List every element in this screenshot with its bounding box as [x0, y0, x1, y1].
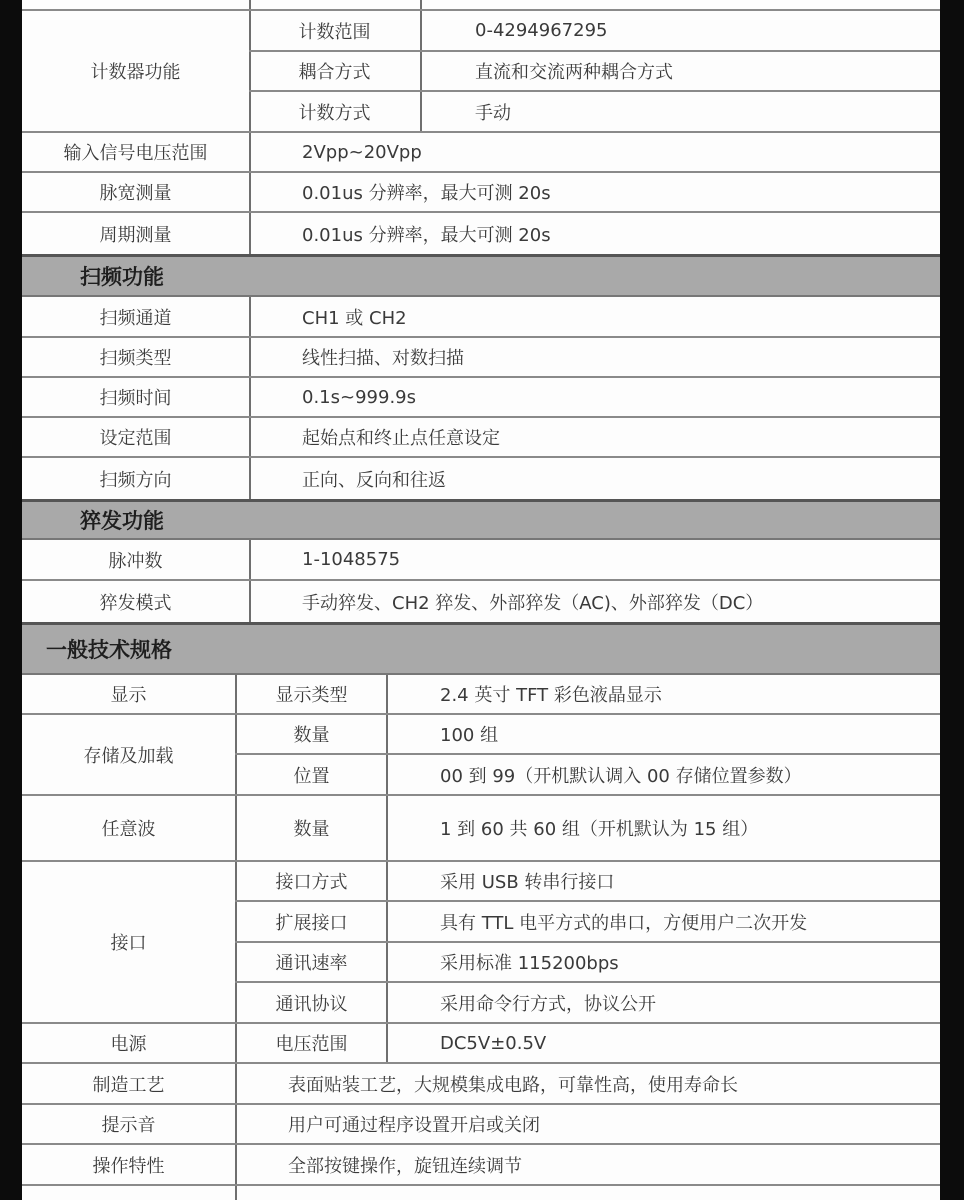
interface-group: 接口 接口方式 采用 USB 转串行接口 扩展接口 具有 TTL 电平方式的串口… [22, 862, 940, 1024]
table-row: 通讯协议 采用命令行方式，协议公开 [235, 983, 940, 1022]
table-row-arbitrary: 任意波 数量 1 到 60 共 60 组（开机默认为 15 组） [22, 796, 940, 862]
field-name: 提示音 [22, 1105, 235, 1143]
table-row-partial-top [22, 0, 940, 11]
group-label: 接口 [22, 862, 235, 1022]
field-value: 0.01us 分辨率，最大可测 20s [302, 173, 551, 211]
field-name: 周期测量 [22, 213, 249, 254]
spec-sheet: 计数器功能 计数范围 0-4294967295 耦合方式 直流和交流两种耦合方式… [22, 0, 940, 1200]
field-name: 扫频方向 [22, 458, 249, 499]
field-name: 计数范围 [249, 11, 420, 50]
table-row: 通讯速率 采用标准 115200bps [235, 943, 940, 983]
field-value: 0-4294967295 [475, 11, 607, 50]
table-row: 提示音 用户可通过程序设置开启或关闭 [22, 1105, 940, 1145]
table-row: 计数范围 0-4294967295 [249, 11, 940, 52]
field-name: 扫频通道 [22, 297, 249, 336]
field-value: 2Vpp~20Vpp [302, 133, 422, 171]
field-value: 表面贴装工艺，大规模集成电路，可靠性高，使用寿命长 [288, 1064, 738, 1103]
table-row: 耦合方式 直流和交流两种耦合方式 [249, 52, 940, 92]
field-value: 正向、反向和往返 [302, 458, 446, 499]
field-value: 0.01us 分辨率，最大可测 20s [302, 213, 551, 254]
field-name: 显示类型 [237, 675, 386, 713]
field-name: 通讯速率 [237, 943, 386, 981]
field-value: 00 到 99（开机默认调入 00 存储位置参数） [440, 755, 802, 794]
storage-group: 存储及加载 数量 100 组 位置 00 到 99（开机默认调入 00 存储位置… [22, 715, 940, 796]
field-name: 操作特性 [22, 1145, 235, 1184]
table-row: 接口方式 采用 USB 转串行接口 [235, 862, 940, 902]
table-row: 扫频方向 正向、反向和往返 [22, 458, 940, 499]
field-value: 0.1s~999.9s [302, 378, 416, 416]
field-value: 手动猝发、CH2 猝发、外部猝发（AC)、外部猝发（DC） [302, 581, 763, 622]
field-name: 通讯协议 [237, 983, 386, 1022]
field-name: 脉宽测量 [22, 173, 249, 211]
table-row: 计数方式 手动 [249, 92, 940, 131]
table-row: 猝发模式 手动猝发、CH2 猝发、外部猝发（AC)、外部猝发（DC） [22, 581, 940, 622]
section-header-burst: 猝发功能 [22, 499, 940, 540]
table-row: 脉宽测量 0.01us 分辨率，最大可测 20s [22, 173, 940, 213]
field-name: 电压范围 [237, 1024, 386, 1062]
field-name: 扫频类型 [22, 338, 249, 376]
field-name: 扩展接口 [237, 902, 386, 941]
field-value: DC5V±0.5V [440, 1024, 546, 1062]
field-value: 1 到 60 共 60 组（开机默认为 15 组） [440, 796, 758, 860]
table-row: 扫频类型 线性扫描、对数扫描 [22, 338, 940, 378]
field-name: 计数方式 [249, 92, 420, 131]
field-value: 2.4 英寸 TFT 彩色液晶显示 [440, 675, 662, 713]
field-name: 扫频时间 [22, 378, 249, 416]
field-value: 线性扫描、对数扫描 [302, 338, 464, 376]
field-value: 采用标准 115200bps [440, 943, 619, 981]
table-row: 扩展接口 具有 TTL 电平方式的串口，方便用户二次开发 [235, 902, 940, 943]
table-row: 扫频时间 0.1s~999.9s [22, 378, 940, 418]
group-label: 任意波 [22, 796, 235, 860]
field-name: 数量 [237, 715, 386, 753]
table-row: 制造工艺 表面贴装工艺，大规模集成电路，可靠性高，使用寿命长 [22, 1064, 940, 1105]
field-name: 设定范围 [22, 418, 249, 456]
section-title: 猝发功能 [80, 505, 164, 535]
table-row: 周期测量 0.01us 分辨率，最大可测 20s [22, 213, 940, 254]
group-label: 电源 [22, 1024, 235, 1062]
field-name: 输入信号电压范围 [22, 133, 249, 171]
section-header-general: 一般技术规格 [22, 622, 940, 675]
field-value: CH1 或 CH2 [302, 297, 407, 336]
field-value: 直流和交流两种耦合方式 [475, 52, 673, 90]
table-row: 脉冲数 1-1048575 [22, 540, 940, 581]
field-value: 起始点和终止点任意设定 [302, 418, 500, 456]
field-name: 位置 [237, 755, 386, 794]
table-row-power: 电源 电压范围 DC5V±0.5V [22, 1024, 940, 1064]
section-title: 一般技术规格 [46, 634, 172, 664]
field-name: 猝发模式 [22, 581, 249, 622]
field-value: 1-1048575 [302, 540, 400, 579]
table-row: 操作特性 全部按键操作，旋钮连续调节 [22, 1145, 940, 1186]
field-name: 制造工艺 [22, 1064, 235, 1103]
table-row-partial-bottom [22, 1186, 940, 1200]
field-value: 采用 USB 转串行接口 [440, 862, 614, 900]
table-row: 输入信号电压范围 2Vpp~20Vpp [22, 133, 940, 173]
field-name: 接口方式 [237, 862, 386, 900]
group-label: 存储及加载 [22, 715, 235, 794]
counter-group: 计数器功能 计数范围 0-4294967295 耦合方式 直流和交流两种耦合方式… [22, 11, 940, 133]
table-row: 扫频通道 CH1 或 CH2 [22, 297, 940, 338]
field-name: 数量 [237, 796, 386, 860]
counter-label: 计数器功能 [22, 11, 249, 131]
field-value: 用户可通过程序设置开启或关闭 [288, 1105, 540, 1143]
field-name: 耦合方式 [249, 52, 420, 90]
field-value: 采用命令行方式，协议公开 [440, 983, 656, 1022]
table-row: 位置 00 到 99（开机默认调入 00 存储位置参数） [235, 755, 940, 794]
table-row-display: 显示 显示类型 2.4 英寸 TFT 彩色液晶显示 [22, 675, 940, 715]
field-value: 具有 TTL 电平方式的串口，方便用户二次开发 [440, 902, 807, 941]
table-row: 设定范围 起始点和终止点任意设定 [22, 418, 940, 458]
field-value: 100 组 [440, 715, 498, 753]
field-value: 全部按键操作，旋钮连续调节 [288, 1145, 522, 1184]
group-label: 显示 [22, 675, 235, 713]
field-value: 手动 [475, 92, 511, 131]
field-name: 脉冲数 [22, 540, 249, 579]
section-title: 扫频功能 [80, 261, 164, 291]
section-header-sweep: 扫频功能 [22, 254, 940, 297]
table-row: 数量 100 组 [235, 715, 940, 755]
